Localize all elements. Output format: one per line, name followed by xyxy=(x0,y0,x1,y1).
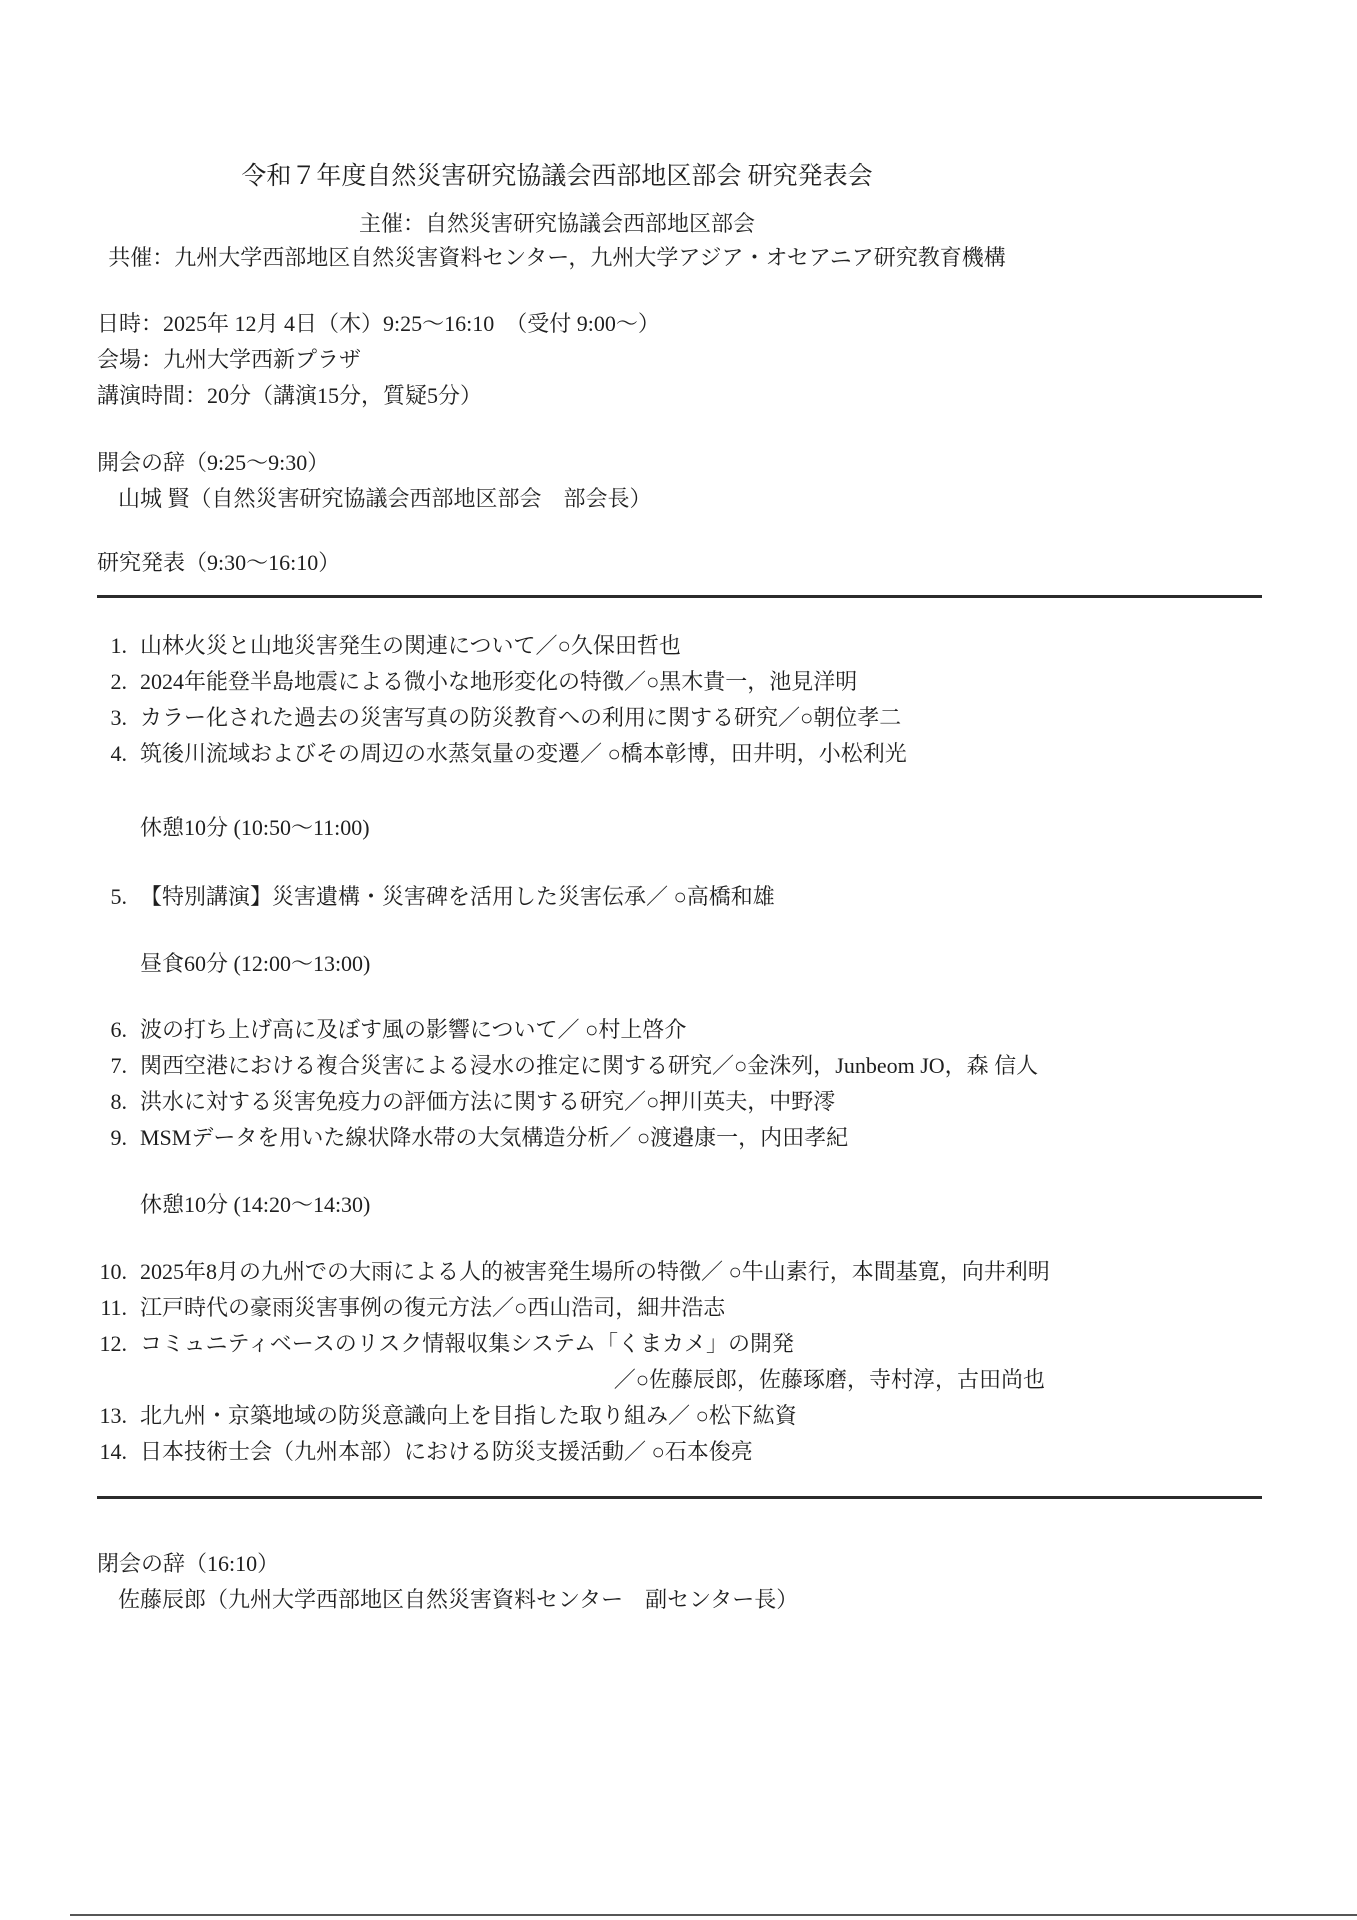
program-item-1: 1.山林火災と山地災害発生の関連について／○久保田哲也 xyxy=(97,632,681,660)
closing-speaker: 佐藤辰郎（九州大学西部地区自然災害資料センター 副センター長） xyxy=(118,1586,798,1614)
program-item-13: 13.北九州・京築地域の防災意識向上を目指した取り組み／ ○松下紘資 xyxy=(97,1402,797,1430)
break-line-2: 休憩10分 (14:20～14:30) xyxy=(140,1191,370,1219)
program-item-6: 6.波の打ち上げ高に及ぼす風の影響について／ ○村上啓介 xyxy=(97,1016,686,1044)
divider-top xyxy=(97,595,1262,598)
program-item-4: 4.筑後川流域およびその周辺の水蒸気量の変遷／ ○橋本彰博，田井明，小松利光 xyxy=(97,740,907,768)
item-number: 4. xyxy=(97,740,127,768)
program-item-12-authors: ／○佐藤辰郎，佐藤琢磨，寺村淳，古田尚也 xyxy=(97,1366,1045,1394)
item-number: 6. xyxy=(97,1016,127,1044)
document-page: 令和７年度自然災害研究協議会西部地区部会 研究発表会 主催：自然災害研究協議会西… xyxy=(0,0,1357,1920)
item-title: 洪水に対する災害免疫力の評価方法に関する研究／○押川英夫，中野澪 xyxy=(140,1089,835,1114)
opening-heading: 開会の辞（9:25～9:30） xyxy=(97,449,329,477)
page-title: 令和７年度自然災害研究協議会西部地区部会 研究発表会 xyxy=(97,161,1017,193)
program-item-8: 8.洪水に対する災害免疫力の評価方法に関する研究／○押川英夫，中野澪 xyxy=(97,1088,835,1116)
item-title: 【特別講演】災害遺構・災害碑を活用した災害伝承／ ○高橋和雄 xyxy=(140,884,775,909)
item-number: 9. xyxy=(97,1124,127,1152)
program-item-10: 10.2025年8月の九州での大雨による人的被害発生場所の特徴／ ○牛山素行，本… xyxy=(97,1258,1050,1286)
program-item-3: 3.カラー化された過去の災害写真の防災教育への利用に関する研究／○朝位孝二 xyxy=(97,704,901,732)
item-title: 波の打ち上げ高に及ぼす風の影響について／ ○村上啓介 xyxy=(140,1017,686,1042)
program-item-7: 7.関西空港における複合災害による浸水の推定に関する研究／○金洙列，Junbeo… xyxy=(97,1052,1038,1080)
item-title: カラー化された過去の災害写真の防災教育への利用に関する研究／○朝位孝二 xyxy=(140,705,901,730)
scan-edge-line xyxy=(70,1914,1357,1916)
item-number: 14. xyxy=(97,1438,127,1466)
program-item-11: 11.江戸時代の豪雨災害事例の復元方法／○西山浩司，細井浩志 xyxy=(97,1294,725,1322)
item-number: 3. xyxy=(97,704,127,732)
venue-line: 会場：九州大学西新プラザ xyxy=(97,346,361,374)
datetime-line: 日時：2025年 12月 4日（木）9:25～16:10 （受付 9:00～） xyxy=(97,310,660,338)
program-item-14: 14.日本技術士会（九州本部）における防災支援活動／ ○石本俊亮 xyxy=(97,1438,753,1466)
item-number: 13. xyxy=(97,1402,127,1430)
item-title: 日本技術士会（九州本部）における防災支援活動／ ○石本俊亮 xyxy=(140,1439,753,1464)
item-number: 12. xyxy=(97,1330,127,1358)
program-item-2: 2.2024年能登半島地震による微小な地形変化の特徴／○黒木貴一，池見洋明 xyxy=(97,668,857,696)
program-item-12: 12.コミュニティベースのリスク情報収集システム「くまカメ」の開発 xyxy=(97,1330,794,1358)
talk-time-line: 講演時間：20分（講演15分，質疑5分） xyxy=(97,382,482,410)
item-title: 2024年能登半島地震による微小な地形変化の特徴／○黒木貴一，池見洋明 xyxy=(140,669,857,694)
item-title: 江戸時代の豪雨災害事例の復元方法／○西山浩司，細井浩志 xyxy=(140,1295,725,1320)
item-title: 2025年8月の九州での大雨による人的被害発生場所の特徴／ ○牛山素行，本間基寛… xyxy=(140,1259,1050,1284)
item-number: 1. xyxy=(97,632,127,660)
divider-bottom xyxy=(97,1496,1262,1499)
program-item-9: 9.MSMデータを用いた線状降水帯の大気構造分析／ ○渡邉康一，内田孝紀 xyxy=(97,1124,848,1152)
item-number: 2. xyxy=(97,668,127,696)
item-title: コミュニティベースのリスク情報収集システム「くまカメ」の開発 xyxy=(140,1331,794,1356)
organizer-line: 主催：自然災害研究協議会西部地区部会 xyxy=(97,210,1017,238)
item-number: 5. xyxy=(97,883,127,911)
item-number: 7. xyxy=(97,1052,127,1080)
item-title: MSMデータを用いた線状降水帯の大気構造分析／ ○渡邉康一，内田孝紀 xyxy=(140,1125,848,1150)
item-number: 10. xyxy=(97,1258,127,1286)
break-line-1: 休憩10分 (10:50～11:00) xyxy=(140,814,370,842)
opening-speaker: 山城 賢（自然災害研究協議会西部地区部会 部会長） xyxy=(118,485,652,513)
item-number: 8. xyxy=(97,1088,127,1116)
session-heading: 研究発表（9:30～16:10） xyxy=(97,549,340,577)
item-title: 北九州・京築地域の防災意識向上を目指した取り組み／ ○松下紘資 xyxy=(140,1403,797,1428)
cosponsor-line: 共催：九州大学西部地区自然災害資料センター，九州大学アジア・オセアニア研究教育機… xyxy=(97,244,1017,272)
item-title: 筑後川流域およびその周辺の水蒸気量の変遷／ ○橋本彰博，田井明，小松利光 xyxy=(140,741,907,766)
item-title: 関西空港における複合災害による浸水の推定に関する研究／○金洙列，Junbeom … xyxy=(140,1053,1038,1078)
item-title: 山林火災と山地災害発生の関連について／○久保田哲也 xyxy=(140,633,681,658)
lunch-line: 昼食60分 (12:00～13:00) xyxy=(140,950,370,978)
closing-heading: 閉会の辞（16:10） xyxy=(97,1550,279,1578)
program-item-5: 5.【特別講演】災害遺構・災害碑を活用した災害伝承／ ○高橋和雄 xyxy=(97,883,775,911)
item-number: 11. xyxy=(97,1294,127,1322)
